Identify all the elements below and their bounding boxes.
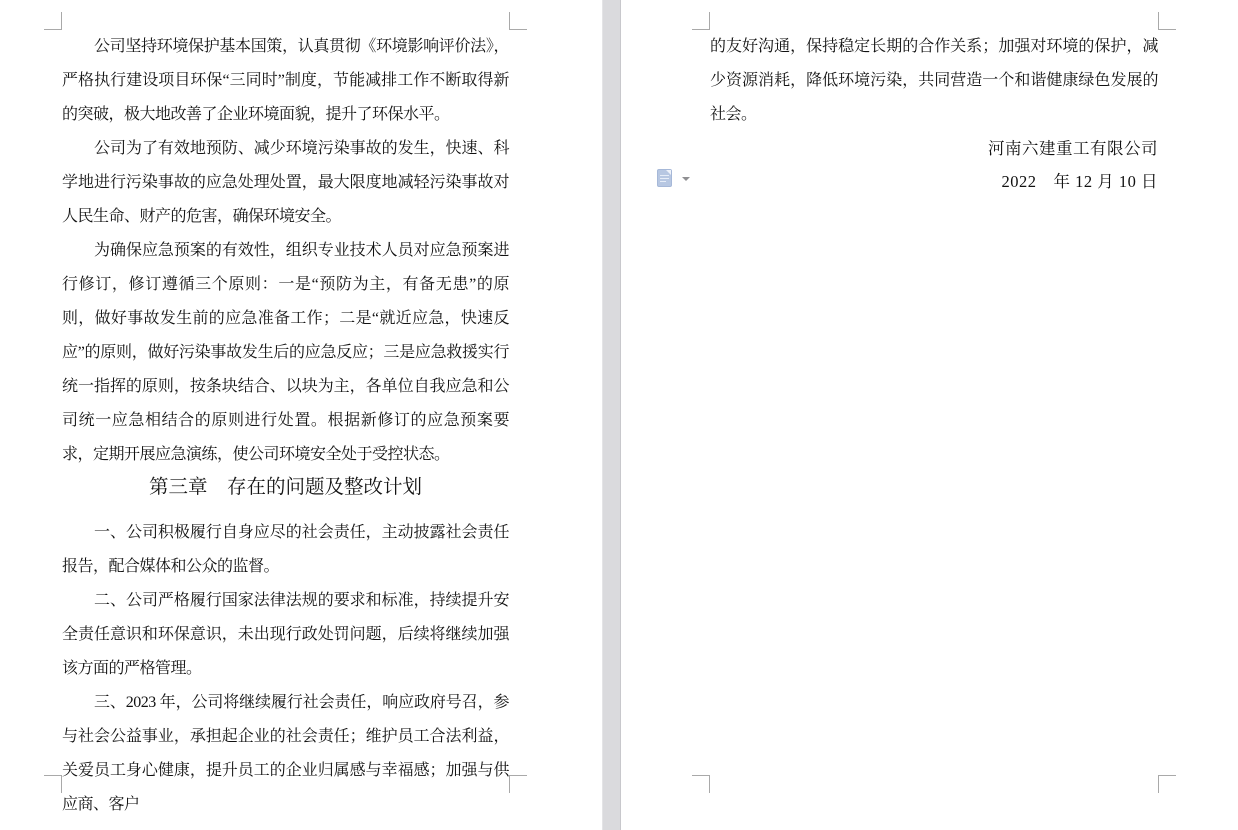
paragraph: 的友好沟通，保持稳定长期的合作关系；加强对环境的保护，减少资源消耗，降低环境污染… <box>710 30 1158 132</box>
crop-mark-top-right-icon <box>509 12 527 30</box>
paragraph: 公司为了有效地预防、减少环境污染事故的发生，快速、科学地进行污染事故的应急处理处… <box>62 132 509 234</box>
paragraph: 二、公司严格履行国家法律法规的要求和标准，持续提升安全责任意识和环保意识，未出现… <box>62 584 509 686</box>
page-1: 公司坚持环境保护基本国策，认真贯彻《环境影响评价法》，严格执行建设项目环保“三同… <box>0 0 602 830</box>
crop-mark-bottom-left-icon <box>44 775 62 793</box>
page-2-text-area: 的友好沟通，保持稳定长期的合作关系；加强对环境的保护，减少资源消耗，降低环境污染… <box>710 30 1158 132</box>
paragraph: 三、2023 年，公司将继续履行社会责任，响应政府号召，参与社会公益事业，承担起… <box>62 686 509 822</box>
crop-mark-top-left-icon <box>44 12 62 30</box>
crop-mark-top-right-icon <box>1158 12 1176 30</box>
page-2: 的友好沟通，保持稳定长期的合作关系；加强对环境的保护，减少资源消耗，降低环境污染… <box>621 0 1238 830</box>
paragraph: 公司坚持环境保护基本国策，认真贯彻《环境影响评价法》，严格执行建设项目环保“三同… <box>62 30 509 132</box>
paste-options-button[interactable] <box>654 166 716 192</box>
crop-mark-bottom-right-icon <box>1158 775 1176 793</box>
chapter-heading: 第三章 存在的问题及整改计划 <box>62 466 509 510</box>
document-workspace: 公司坚持环境保护基本国策，认真贯彻《环境影响评价法》，严格执行建设项目环保“三同… <box>0 0 1238 830</box>
crop-mark-bottom-right-icon <box>509 775 527 793</box>
signature-block: 河南六建重工有限公司 2022 年 12 月 10 日 <box>710 132 1158 198</box>
signature-date: 2022 年 12 月 10 日 <box>710 165 1158 198</box>
page-1-text-area: 公司坚持环境保护基本国策，认真贯彻《环境影响评价法》，严格执行建设项目环保“三同… <box>62 30 509 822</box>
paragraph: 为确保应急预案的有效性，组织专业技术人员对应急预案进行修订，修订遵循三个原则：一… <box>62 234 509 472</box>
crop-mark-top-left-icon <box>692 12 710 30</box>
crop-mark-bottom-left-icon <box>692 775 710 793</box>
paragraph: 一、公司积极履行自身应尽的社会责任，主动披露社会责任报告，配合媒体和公众的监督。 <box>62 516 509 584</box>
page-divider <box>602 0 621 830</box>
signature-company: 河南六建重工有限公司 <box>710 132 1158 165</box>
chevron-down-icon <box>682 177 690 181</box>
paste-options-icon <box>657 169 672 187</box>
